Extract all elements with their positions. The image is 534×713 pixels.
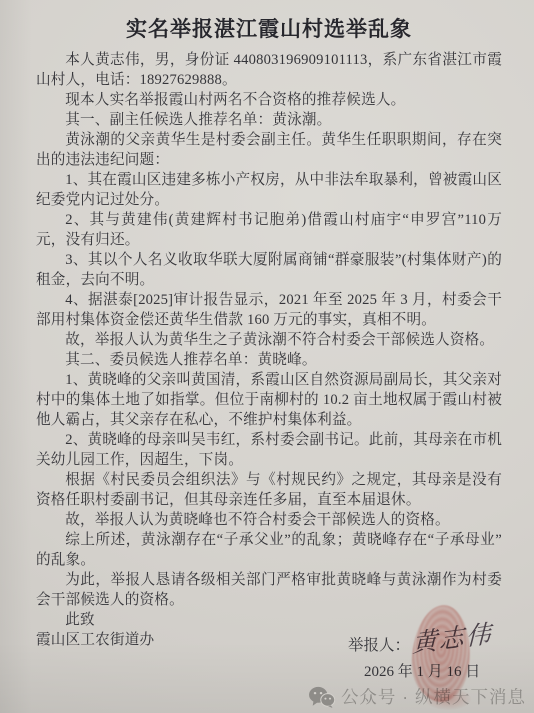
paragraph-issue-2: 2、其与黄建伟(黄建辉村书记胞弟)借霞山村庙宇“申罗宫”110万元，没有归还。 [36, 210, 502, 250]
report-document-photo: 实名举报湛江霞山村选举乱象 本人黄志伟，男，身份证 44080319690910… [0, 0, 534, 713]
paragraph-candidate-2-mother: 2、黄晓峰的母亲叫吴韦红，系村委会副书记。此前，其母亲在市机关幼儿园工作，因超生… [36, 430, 502, 470]
paragraph-report-intro: 现本人实名举报霞山村两名不合资格的推荐候选人。 [36, 90, 502, 110]
paragraph-candidate-1-heading: 其一、副主任候选人推荐名单：黄泳潮。 [36, 110, 502, 130]
paragraph-issue-4: 4、据湛泰[2025]审计报告显示，2021 年至 2025 年 3 月，村委会… [36, 290, 502, 330]
signature-date: 2026 年 1 月 16 日 [348, 660, 518, 681]
paragraph-summary: 综上所述，黄泳潮存在“子承父业”的乱象；黄晓峰存在“子承母业”的乱象。 [36, 530, 502, 570]
document-body: 实名举报湛江霞山村选举乱象 本人黄志伟，男，身份证 44080319690910… [0, 0, 534, 650]
document-title: 实名举报湛江霞山村选举乱象 [36, 13, 502, 43]
paragraph-candidate-2-heading: 其二、委员候选人推荐名单：黄晓峰。 [36, 350, 502, 370]
paragraph-reporter-identity: 本人黄志伟，男，身份证 440803196909101113，系广东省湛江市霞山… [36, 50, 502, 90]
signature-block: 举报人：黄志伟 2026 年 1 月 16 日 [348, 632, 518, 681]
signature-label: 举报人： [348, 637, 410, 654]
paragraph-request: 为此，举报人恳请各级相关部门严格审批黄晓峰与黄泳潮作为村委会干部候选人的资格。 [36, 570, 502, 610]
paragraph-conclusion-2: 故，举报人认为黄晓峰也不符合村委会干部候选人的资格。 [36, 510, 502, 530]
paragraph-regulation-basis: 根据《村民委员会组织法》与《村规民约》之规定，其母亲是没有资格任职村委副书记，但… [36, 470, 502, 510]
paragraph-candidate-1-background: 黄泳潮的父亲黄华生是村委会副主任。黄华生任职职期间，存在突出的违法违纪问题： [36, 130, 502, 170]
paragraph-issue-1: 1、其在霞山区违建多栋小产权房，从中非法牟取暴利，曾被霞山区纪委党内记过处分。 [36, 170, 502, 210]
paragraph-candidate-2-father: 1、黄晓峰的父亲叫黄国清，系霞山区自然资源局副局长，其父亲对村中的集体土地了如指… [36, 370, 502, 430]
paragraph-conclusion-1: 故，举报人认为黄华生之子黄泳潮不符合村委会干部候选人资格。 [36, 330, 502, 350]
paragraph-issue-3: 3、其以个人名义收取华联大厦附属商铺“群豪服装”(村集体财产)的租金，去向不明。 [36, 250, 502, 290]
watermark-text: 公众号 · 纵横天下消息 [341, 684, 526, 709]
wechat-icon [308, 686, 335, 708]
paragraph-salute: 此致 [36, 610, 502, 630]
signature-row: 举报人：黄志伟 [348, 632, 518, 657]
watermark: 公众号 · 纵横天下消息 [308, 684, 526, 709]
